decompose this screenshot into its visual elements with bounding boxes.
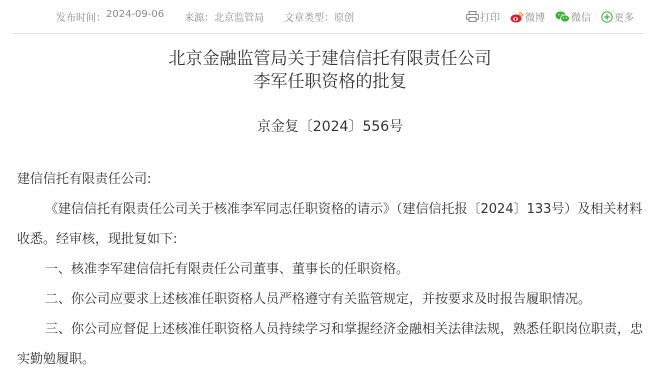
source-label: 来源： [184,9,214,24]
title-line-2: 李军任职资格的批复 [0,71,660,94]
approval-item-1: 一、核准李军建信信托有限责任公司董事、董事长的任职资格。 [17,255,647,285]
weibo-icon [510,11,524,23]
weibo-label: 微博 [525,9,545,24]
document-number: 京金复〔2024〕556号 [0,116,660,136]
type-label: 文章类型： [284,9,334,24]
more-label: 更多 [614,9,634,24]
plus-circle-icon [601,11,613,23]
article-meta-bar: 发布时间：2024-09-06 来源：北京监管局 文章类型：原创 打印 [0,0,660,33]
approval-item-2: 二、你公司应要求上述核准任职资格人员严格遵守有关监管规定，并按要求及时报告履职情… [17,285,647,315]
share-toolbar: 打印 微博 [466,9,634,24]
approval-item-3: 三、你公司应督促上述核准任职资格人员持续学习和掌握经济金融相关法律法规，熟悉任职… [17,315,647,375]
publish-date-value: 2024-09-06 [106,9,164,24]
salutation: 建信信托有限责任公司: [17,165,647,195]
document-body: 建信信托有限责任公司: 《建信信托有限责任公司关于核准李军同志任职资格的请示》（… [17,165,647,375]
article-source: 来源：北京监管局 [184,9,264,24]
publish-date: 发布时间：2024-09-06 [56,9,164,24]
publish-date-label: 发布时间： [56,9,106,24]
document-title: 北京金融监管局关于建信信托有限责任公司 李军任职资格的批复 [0,48,660,94]
weibo-share-button[interactable]: 微博 [510,9,545,24]
article-page: 发布时间：2024-09-06 来源：北京监管局 文章类型：原创 打印 [0,0,660,382]
type-value: 原创 [334,9,354,24]
print-label: 打印 [480,9,500,24]
title-line-1: 北京金融监管局关于建信信托有限责任公司 [0,48,660,71]
intro-paragraph: 《建信信托有限责任公司关于核准李军同志任职资格的请示》（建信信托报〔2024〕1… [17,195,647,255]
article-type: 文章类型：原创 [284,9,354,24]
source-value: 北京监管局 [214,9,264,24]
article-meta: 发布时间：2024-09-06 来源：北京监管局 文章类型：原创 [56,9,354,24]
wechat-share-button[interactable]: 微信 [555,9,591,24]
more-share-button[interactable]: 更多 [601,9,634,24]
wechat-icon [555,11,570,23]
printer-icon [466,11,479,22]
header-divider [12,33,644,34]
print-button[interactable]: 打印 [466,9,500,24]
wechat-label: 微信 [571,9,591,24]
